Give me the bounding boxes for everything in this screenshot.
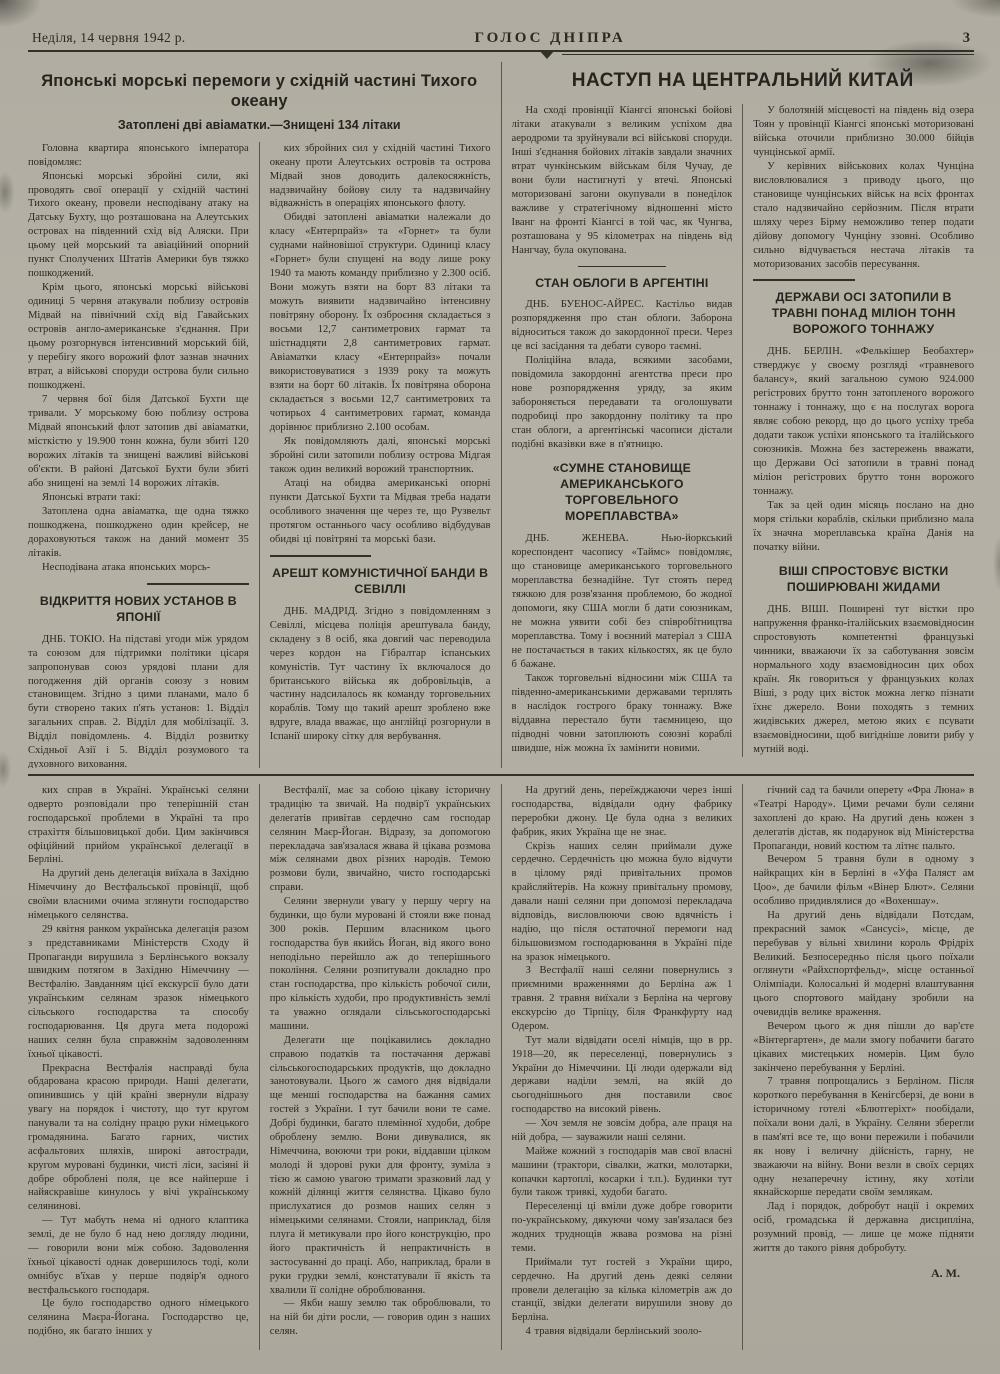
paragraph: Делегати ще поцікавились докладно справо… — [270, 1034, 491, 1298]
rule-ornament-icon — [539, 50, 555, 59]
china-columns: На сході провінції Кіангсі японські бойо… — [512, 104, 975, 757]
paragraph: У керівних військових колах Чунціна висл… — [753, 160, 974, 272]
paragraph: Японські втрати такі: — [28, 491, 249, 505]
paragraph: ДНБ. БУЕНОС-АЙРЕС. Кастільо видав розпор… — [512, 298, 733, 354]
china-text-1: На сході провінції Кіангсі японські бойо… — [512, 104, 733, 258]
pacific-column-1: Головна квартира японського імператора п… — [28, 142, 249, 768]
vichy-headline: ВІШІ СПРОСТОВУЄ ВІСТКИ ПОШИРЮВАНІ ЖИДАМИ — [755, 564, 972, 596]
article-divider — [753, 279, 855, 281]
article-china: НАСТУП НА ЦЕНТРАЛЬНИЙ КИТАЙ На сході про… — [501, 62, 975, 768]
japan-offices-headline: ВІДКРИТТЯ НОВИХ УСТАНОВ В ЯПОНІЇ — [30, 594, 247, 626]
paragraph: Затоплена одна авіаматка, ще одна тяжко … — [28, 505, 249, 561]
paragraph: — Якби нашу землю так оброблювали, то на… — [270, 1297, 491, 1339]
paragraph: гічний сад та бачили оперету «Фра Люна» … — [753, 784, 974, 853]
china-text-2: У болотяній місцевості на південь від оз… — [753, 104, 974, 272]
vichy-text: ДНБ. ВІШІ. Поширені тут вістки про напру… — [753, 603, 974, 757]
paragraph: Приймали тут гостей з України щиро, серд… — [512, 1256, 733, 1325]
paragraph: Вечером цього ж дня пішли до вар'єте «Ві… — [753, 1020, 974, 1076]
pacific-text-1: Головна квартира японського імператора п… — [28, 142, 249, 575]
paragraph: Так за цей один місяць послано на дно мо… — [753, 499, 974, 555]
paragraph: ДНБ. БЕРЛІН. «Фелькішер Беобахтер» ствер… — [753, 345, 974, 499]
rule-segment — [562, 54, 974, 55]
paragraph: Головна квартира японського імператора п… — [28, 142, 249, 170]
page-content: Неділя, 14 червня 1942 р. ГОЛОС ДНІПРА 3… — [0, 0, 1000, 1350]
delegation-text-2: Вестфалії, має за собою цікаву історичну… — [270, 784, 491, 1339]
section-divider — [28, 774, 974, 776]
delegation-article: ких справ в Україні. Українські селяни о… — [28, 784, 974, 1350]
top-section: Японські морські перемоги у східній част… — [28, 62, 974, 768]
china-column-1: На сході провінції Кіангсі японські бойо… — [512, 104, 733, 757]
paragraph: Селяни звернули увагу у першу чергу на б… — [270, 895, 491, 1034]
paragraph: Лад і порядок, добробут нації і окремих … — [753, 1200, 974, 1256]
paragraph: ких справ в Україні. Українські селяни о… — [28, 784, 249, 867]
paragraph: 7 червня бої біля Датської Бухти ще трив… — [28, 393, 249, 491]
shipping-headline: «СУМНЕ СТАНОВИЩЕ АМЕРИКАНСЬКОГО ТОРГОВЕЛ… — [514, 461, 731, 525]
paragraph: Прекрасна Вестфалія насправді була обдар… — [28, 1062, 249, 1215]
paragraph: Майже кожний з господарів мав свої власн… — [512, 1145, 733, 1201]
article-divider — [270, 555, 372, 557]
paragraph: 7 травня попрощались з Берліном. Після к… — [753, 1075, 974, 1200]
paragraph: Поліційна влада, всякими засобами, повід… — [512, 354, 733, 452]
paragraph: Скрізь наших селян приймали дуже сердечн… — [512, 840, 733, 965]
paragraph: На другий день делегація виїхала в Захід… — [28, 867, 249, 923]
paragraph: 29 квітня ранком українська делегація ра… — [28, 923, 249, 1062]
paragraph: Тут мали відвідати оселі німців, що в рр… — [512, 1034, 733, 1117]
paragraph: На сході провінції Кіангсі японські бойо… — [512, 104, 733, 258]
delegation-column-3: На другий день, переїжджаючи через інші … — [501, 784, 733, 1350]
shipping-text: ДНБ. ЖЕНЕВА. Нью-йоркський кореспондент … — [512, 532, 733, 756]
paragraph: Як повідомляють далі, японські морські з… — [270, 435, 491, 477]
argentina-text: ДНБ. БУЕНОС-АЙРЕС. Кастільо видав розпор… — [512, 298, 733, 452]
paragraph: На другий день, переїжджаючи через інші … — [512, 784, 733, 840]
paragraph: ких збройних сил у східній частині Тихог… — [270, 142, 491, 212]
newspaper-page: Неділя, 14 червня 1942 р. ГОЛОС ДНІПРА 3… — [0, 0, 1000, 1374]
paragraph: Це було господарство одного німецького с… — [28, 1297, 249, 1339]
issue-date: Неділя, 14 червня 1942 р. — [32, 30, 185, 46]
article-divider — [147, 583, 249, 585]
masthead: Неділя, 14 червня 1942 р. ГОЛОС ДНІПРА 3 — [28, 30, 974, 50]
delegation-text-1: ких справ в Україні. Українські селяни о… — [28, 784, 249, 1339]
axis-tonnage-text: ДНБ. БЕРЛІН. «Фелькішер Беобахтер» ствер… — [753, 345, 974, 555]
paragraph: ДНБ. ТОКІО. На підставі угоди між урядом… — [28, 633, 249, 768]
paragraph: На другий день відвідали Потсдам, прекра… — [753, 909, 974, 1020]
author-initials: А. М. — [753, 1266, 974, 1281]
paragraph: — Хоч земля не зовсім добра, але праця н… — [512, 1117, 733, 1145]
paragraph: Переселенці ці вміли дуже добре говорити… — [512, 1200, 733, 1256]
pacific-headline: Японські морські перемоги у східній част… — [28, 72, 491, 112]
china-column-2: У болотяній місцевості на південь від оз… — [742, 104, 974, 757]
pacific-subheadline: Затоплені дві авіаматки.—Знищені 134 літ… — [28, 118, 491, 132]
paragraph: Вечером 5 травня були в одному з найкращ… — [753, 853, 974, 909]
seville-text: ДНБ. МАДРІД. Згідно з повідомленням з Се… — [270, 605, 491, 745]
delegation-column-1: ких справ в Україні. Українські селяни о… — [28, 784, 249, 1350]
axis-tonnage-headline: ДЕРЖАВИ ОСІ ЗАТОПИЛИ В ТРАВНІ ПОНАД МІЛІ… — [755, 290, 972, 338]
delegation-column-2: Вестфалії, має за собою цікаву історичну… — [259, 784, 491, 1350]
japan-offices-text: ДНБ. ТОКІО. На підставі угоди між урядом… — [28, 633, 249, 768]
masthead-rule — [28, 50, 974, 58]
newspaper-title: ГОЛОС ДНІПРА — [474, 30, 625, 47]
paragraph: З Вестфалії наші селяни повернулись з пр… — [512, 964, 733, 1033]
paragraph: — Тут мабуть нема ні одного клаптика зем… — [28, 1214, 249, 1297]
delegation-text-4: гічний сад та бачили оперету «Фра Люна» … — [753, 784, 974, 1256]
pacific-text-2: ких збройних сил у східній частині Тихог… — [270, 142, 491, 547]
seville-headline: АРЕШТ КОМУНІСТИЧНОЇ БАНДИ В СЕВІЛЛІ — [272, 566, 489, 598]
paragraph: Несподівана атака японських морсь- — [28, 561, 249, 575]
delegation-column-4: гічний сад та бачили оперету «Фра Люна» … — [742, 784, 974, 1350]
paragraph: 4 травня відвідали берлінський зооло- — [512, 1325, 733, 1339]
paragraph: Крім цього, японські морські військові о… — [28, 281, 249, 393]
page-number: 3 — [963, 30, 970, 47]
article-divider — [578, 266, 666, 267]
paragraph: ДНБ. ЖЕНЕВА. Нью-йоркський кореспондент … — [512, 532, 733, 672]
pacific-columns: Головна квартира японського імператора п… — [28, 142, 491, 768]
paragraph: Обидві затоплені авіаматки належали до к… — [270, 211, 491, 435]
paragraph: ДНБ. ВІШІ. Поширені тут вістки про напру… — [753, 603, 974, 757]
paragraph: Також торговельні відносини між США та п… — [512, 672, 733, 756]
paragraph: Атаці на обидва американські опорні пунк… — [270, 477, 491, 547]
pacific-column-2: ких збройних сил у східній частині Тихог… — [259, 142, 491, 768]
paragraph: Японські морські збройні сили, які прово… — [28, 170, 249, 282]
china-headline: НАСТУП НА ЦЕНТРАЛЬНИЙ КИТАЙ — [512, 70, 975, 92]
paragraph: Вестфалії, має за собою цікаву історичну… — [270, 784, 491, 895]
argentina-headline: СТАН ОБЛОГИ В АРГЕНТІНІ — [514, 276, 731, 292]
article-pacific: Японські морські перемоги у східній част… — [28, 62, 491, 768]
paragraph: ДНБ. МАДРІД. Згідно з повідомленням з Се… — [270, 605, 491, 745]
paragraph: У болотяній місцевості на південь від оз… — [753, 104, 974, 160]
delegation-text-3: На другий день, переїжджаючи через інші … — [512, 784, 733, 1339]
